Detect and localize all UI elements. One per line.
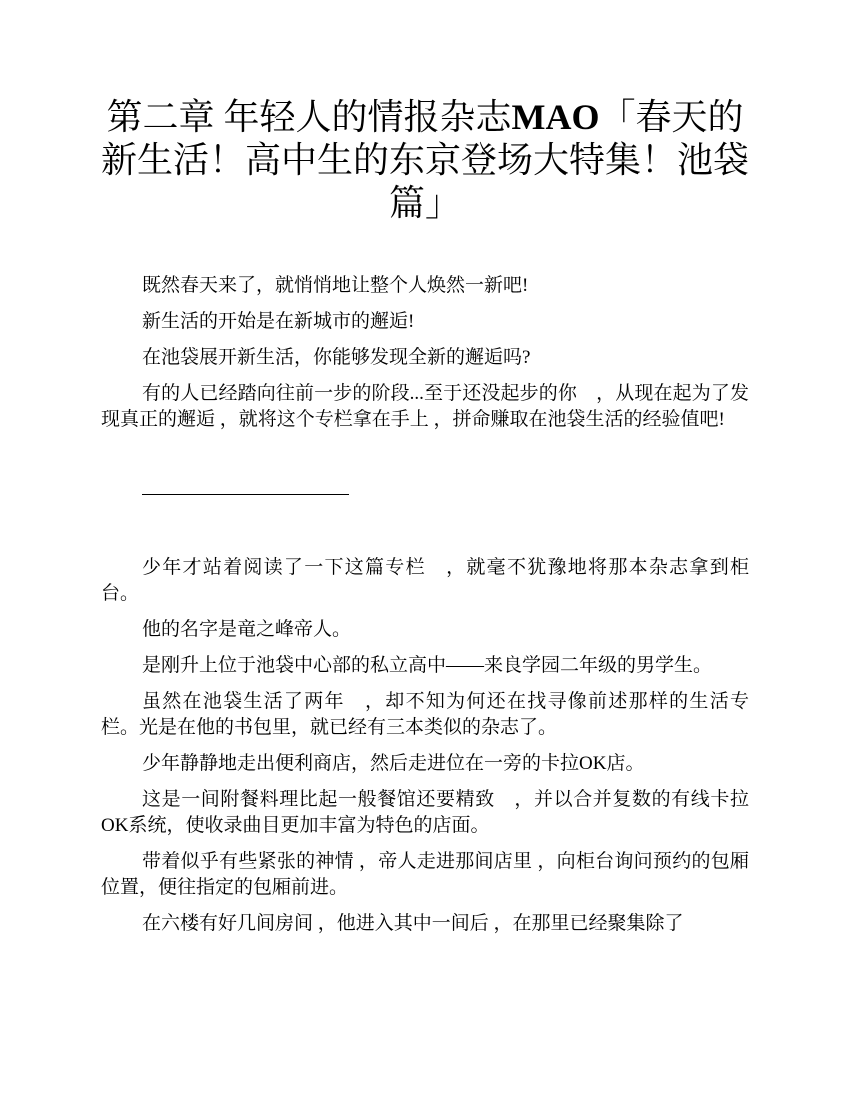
separator-line	[142, 494, 349, 495]
blank-line	[101, 517, 749, 555]
story-paragraph: 他的名字是竜之峰帝人。	[101, 617, 749, 643]
chapter-title: 第二章 年轻人的情报杂志MAO「春天的新生活！高中生的东京登场大特集！池袋篇」	[101, 96, 749, 225]
intro-paragraph: 在池袋展开新生活，你能够发现全新的邂逅吗?	[101, 345, 749, 371]
magazine-brand: MAO	[512, 97, 600, 137]
story-paragraph: 在六楼有好几间房间 ，他进入其中一间后 ，在那里已经聚集除了	[101, 911, 749, 937]
story-paragraph: 虽然在池袋生活了两年 ，却不知为何还在找寻像前述那样的生活专栏。光是在他的书包里…	[101, 689, 749, 741]
section-separator	[101, 481, 749, 507]
story-paragraph: 是刚升上位于池袋中心部的私立高中——来良学园二年级的男学生。	[101, 653, 749, 679]
chapter-body: 既然春天来了，就悄悄地让整个人焕然一新吧! 新生活的开始是在新城市的邂逅! 在池…	[101, 273, 749, 947]
story-paragraph: 带着似乎有些紧张的神情 ，帝人走进那间店里 ，向柜台询问预约的包厢位置，便往指定…	[101, 849, 749, 901]
intro-paragraph: 既然春天来了，就悄悄地让整个人焕然一新吧!	[101, 273, 749, 299]
intro-paragraph: 有的人已经踏向往前一步的阶段...至于还没起步的你 ，从现在起为了发现真正的邂逅…	[101, 381, 749, 433]
intro-paragraph: 新生活的开始是在新城市的邂逅!	[101, 309, 749, 335]
blank-line	[101, 443, 749, 481]
story-paragraph: 少年静静地走出便利商店，然后走进位在一旁的卡拉OK店。	[101, 751, 749, 777]
story-paragraph: 这是一间附餐料理比起一般餐馆还要精致 ，并以合并复数的有线卡拉OK系统，使收录曲…	[101, 787, 749, 839]
chapter-title-prefix: 第二章 年轻人的情报杂志	[106, 97, 511, 137]
story-paragraph: 少年才站着阅读了一下这篇专栏 ，就毫不犹豫地将那本杂志拿到柜台。	[101, 555, 749, 607]
